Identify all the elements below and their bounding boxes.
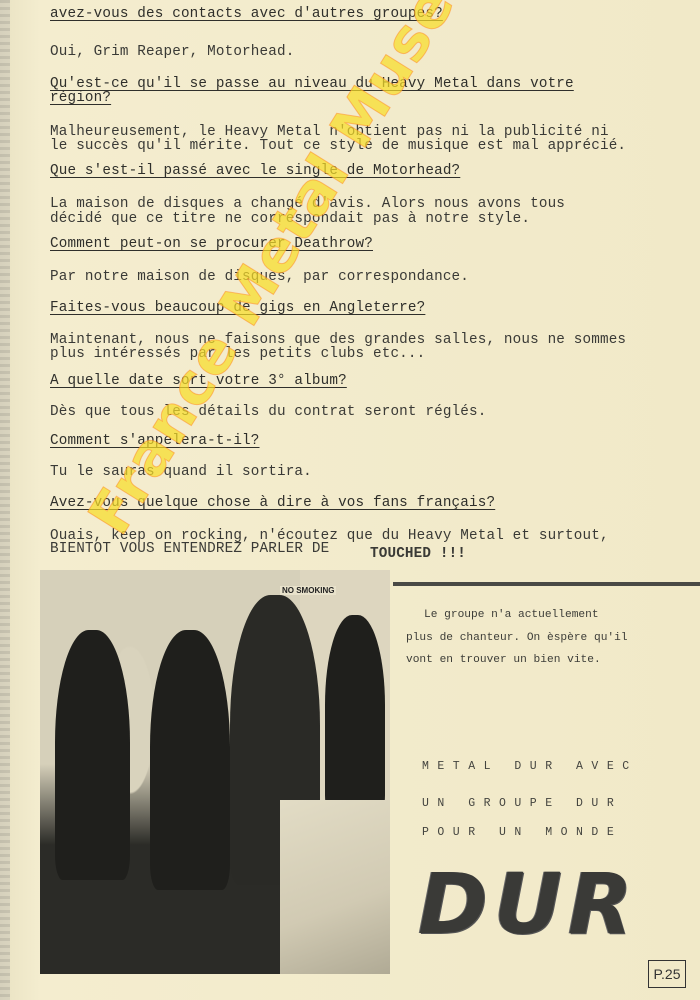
slogan-line-1: METAL DUR AVEC	[422, 760, 638, 773]
interview-question: Qu'est-ce qu'il se passe au niveau du He…	[50, 76, 574, 92]
interview-answer: BIENTOT VOUS ENTENDREZ PARLER DE	[50, 541, 329, 557]
interview-question: avez-vous des contacts avec d'autres gro…	[50, 6, 443, 22]
interview-answer: plus intéressés par les petits clubs etc…	[50, 346, 425, 362]
interview-question: Comment peut-on se procurer Deathrow?	[50, 236, 373, 252]
divider-rule	[393, 582, 700, 586]
interview-question: Avez-vous quelque chose à dire à vos fan…	[50, 495, 495, 511]
interview-question: Faites-vous beaucoup de gigs en Angleter…	[50, 300, 425, 316]
scanned-page: avez-vous des contacts avec d'autres gro…	[0, 0, 700, 1000]
caption-line-2: plus de chanteur. On èspère qu'il	[406, 632, 628, 644]
page-number: P.25	[648, 960, 686, 988]
band-member-1	[55, 630, 130, 880]
interview-answer: Par notre maison de disques, par corresp…	[50, 269, 469, 285]
slogan-line-2: UN GROUPE DUR	[422, 797, 622, 810]
slogan-big-word: DUR	[418, 862, 639, 946]
interview-question: Comment s'appelera-t-il?	[50, 433, 260, 449]
band-photo: NO SMOKING	[40, 570, 390, 974]
interview-question: région?	[50, 90, 111, 106]
band-member-4	[325, 615, 385, 815]
interview-answer: Tu le sauras quand il sortira.	[50, 464, 312, 480]
interview-question: A quelle date sort votre 3° album?	[50, 373, 347, 389]
no-smoking-sign: NO SMOKING	[280, 586, 336, 595]
interview-answer: le succès qu'il mérite. Tout ce style de…	[50, 138, 626, 154]
interview-answer: décidé que ce titre ne correspondait pas…	[50, 211, 530, 227]
band-member-2	[150, 630, 230, 890]
interview-question: Que s'est-il passé avec le single de Mot…	[50, 163, 460, 179]
interview-answer: Dès que tous les détails du contrat sero…	[50, 404, 486, 420]
interview-answer: Oui, Grim Reaper, Motorhead.	[50, 44, 294, 60]
slogan-line-3: POUR UN MONDE	[422, 826, 622, 839]
binding-edge	[0, 0, 10, 1000]
interview-answer: La maison de disques a changé d'avis. Al…	[50, 196, 565, 212]
photo-counter	[280, 800, 390, 974]
band-name: TOUCHED !!!	[370, 546, 466, 562]
caption-line-3: vont en trouver un bien vite.	[406, 654, 601, 666]
caption-line-1: Le groupe n'a actuellement	[424, 609, 599, 621]
